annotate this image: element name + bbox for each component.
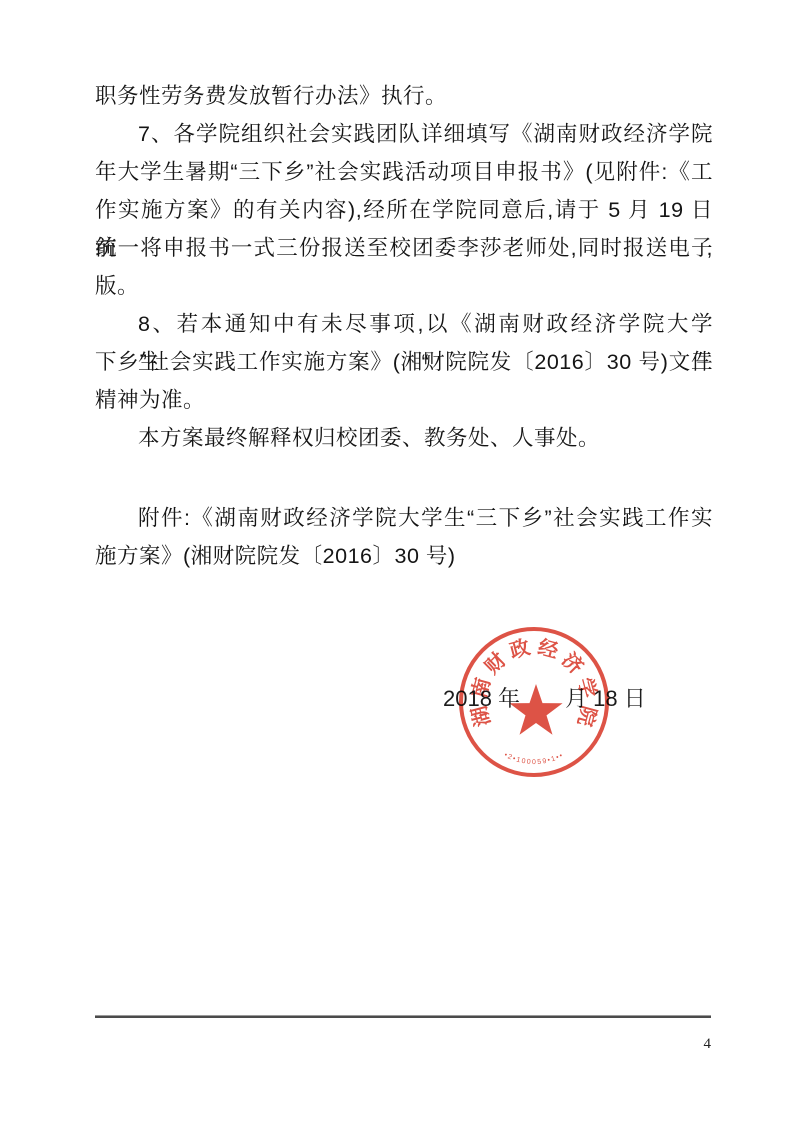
body-line: 本方案最终解释权归校团委、教务处、人事处。 [95, 419, 713, 457]
attachment-line: 附件:《湖南财政经济学院大学生“三下乡”社会实践工作实 [95, 499, 713, 537]
body-line: 8、若本通知中有未尽事项,以《湖南财政经济学院大学生“三 [95, 305, 713, 343]
body-line: 下乡”社会实践工作实施方案》(湘财院院发〔2016〕30 号)文件 [95, 343, 713, 381]
seal-char: 政 [507, 635, 533, 663]
seal-serial: •2•100059•1•• [503, 752, 565, 766]
body-line: 年大学生暑期“三下乡”社会实践活动项目申报书》(见附件:《工 [95, 153, 713, 191]
seal-star [509, 684, 562, 735]
body-line: 精神为准。 [95, 381, 713, 419]
body-line: 作实施方案》的有关内容),经所在学院同意后,请于 5 月 19 日前, [95, 191, 713, 229]
seal-char: 湖 [467, 703, 495, 729]
attachment-line: 施方案》(湘财院院发〔2016〕30 号) [95, 537, 713, 575]
document-page: 职务性劳务费发放暂行办法》执行。 7、各学院组织社会实践团队详细填写《湖南财政经… [0, 0, 793, 1122]
body-line: 职务性劳务费发放暂行办法》执行。 [95, 77, 713, 115]
document-body: 职务性劳务费发放暂行办法》执行。 7、各学院组织社会实践团队详细填写《湖南财政经… [95, 77, 713, 575]
body-line: 7、各学院组织社会实践团队详细填写《湖南财政经济学院 [95, 115, 713, 153]
footer-divider [95, 1015, 711, 1018]
seal-char: 经 [535, 635, 561, 663]
seal-char: 学 [573, 675, 601, 701]
seal-char: 院 [573, 703, 601, 729]
seal-char: 财 [480, 648, 511, 679]
body-line: 版。 [95, 267, 713, 305]
seal-char: 济 [557, 648, 588, 679]
seal-char: 南 [468, 675, 495, 700]
seal-graphic: 湖 南 财 政 经 济 学 院 •2•100059•1•• [459, 627, 609, 777]
body-line: 统一将申报书一式三份报送至校团委李莎老师处,同时报送电子 [95, 229, 713, 267]
svg-text:•2•100059•1••: •2•100059•1•• [503, 752, 565, 766]
official-seal: 湖 南 财 政 经 济 学 院 •2•100059•1•• [459, 627, 609, 777]
page-number: 4 [704, 1036, 712, 1053]
